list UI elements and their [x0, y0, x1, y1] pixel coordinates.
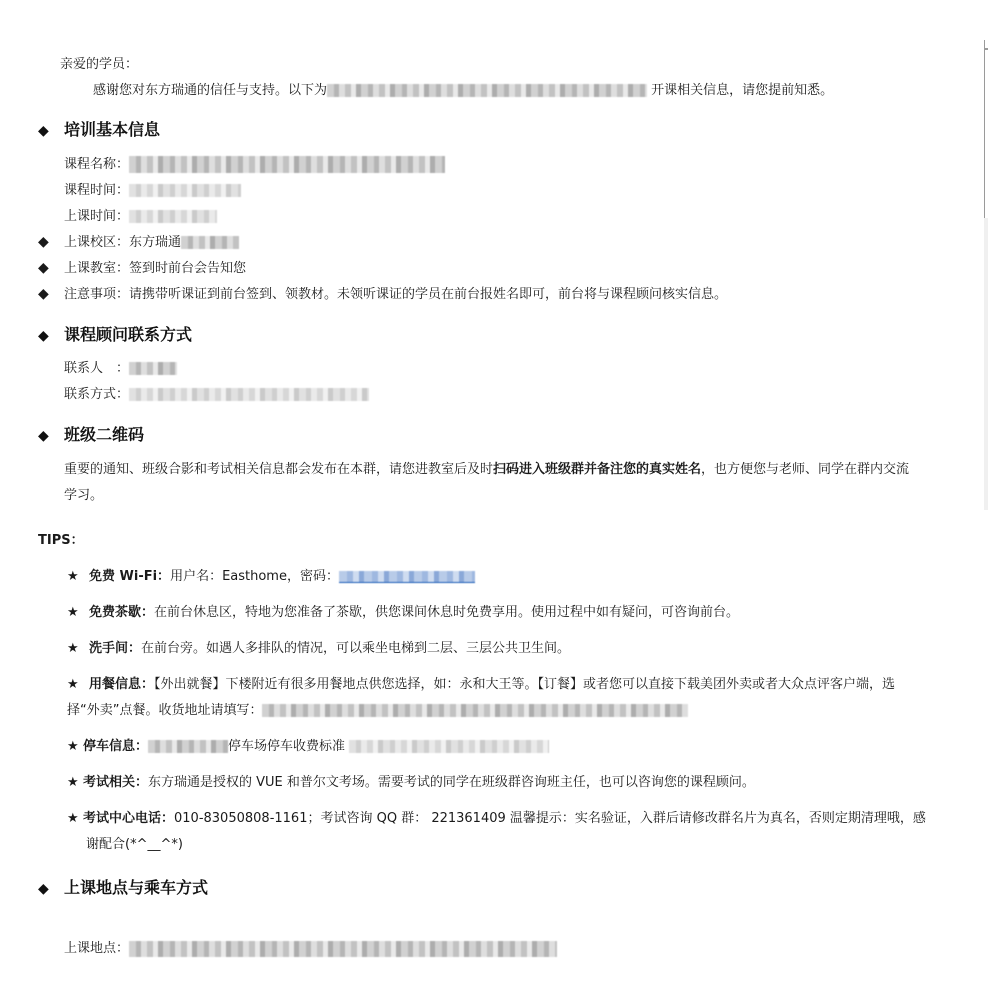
redacted-class-time-value — [129, 210, 217, 223]
course-time-label: 课程时间： — [64, 183, 129, 198]
class-time-label: 上课时间： — [64, 209, 129, 224]
tip-dining-wrap: 择“外卖”点餐。收货地址请填写： — [67, 699, 688, 718]
tip-text: 在前台休息区，特地为您准备了茶歇，供您课间休息时免费享用。使用过程中如有疑问，可… — [154, 605, 739, 620]
intro-prefix: 感谢您对东方瑞通的信任与支持。以下为 — [93, 83, 327, 98]
contact-method-row: 联系方式： — [64, 383, 369, 402]
intro-paragraph: 感谢您对东方瑞通的信任与支持。以下为 开课相关信息，请您提前知悉。 — [93, 79, 833, 98]
scrollbar-tick — [984, 48, 988, 50]
qr-text-tail: ，也方便您与老师、同学在群内交流 — [701, 462, 909, 477]
section-heading-basic-info: ◆培训基本信息 — [38, 117, 160, 140]
tip-exam: ★考试相关：东方瑞通是授权的 VUE 和普尔文考场。需要考试的同学在班级群咨询班… — [67, 771, 755, 790]
tip-label: 停车信息： — [83, 739, 148, 754]
redacted-delivery-address — [262, 704, 688, 717]
qr-text: 重要的通知、班级合影和考试相关信息都会发布在本群，请您进教室后及时 — [64, 462, 493, 477]
section-heading-qr: ◆班级二维码 — [38, 422, 144, 445]
redacted-contact-method — [129, 388, 369, 401]
tip-text: 择“外卖”点餐。收货地址请填写： — [67, 703, 262, 718]
address-label: 上课地点： — [64, 941, 129, 956]
tip-wifi: ★免费 Wi-Fi：用户名：Easthome，密码： — [67, 565, 475, 584]
section-title: 班级二维码 — [64, 425, 144, 444]
star-bullet-icon: ★ — [67, 605, 89, 620]
qr-paragraph-line1: 重要的通知、班级合影和考试相关信息都会发布在本群，请您进教室后及时扫码进入班级群… — [64, 458, 909, 477]
notes-value: 请携带听课证到前台签到、领教材。未领听课证的学员在前台报姓名即可，前台将与课程顾… — [129, 287, 727, 302]
redacted-parking-name — [148, 740, 228, 753]
tip-text: 东方瑞通是授权的 VUE 和普尔文考场。需要考试的同学在班级群咨询班主任，也可以… — [148, 775, 755, 790]
section-heading-location: ◆上课地点与乘车方式 — [38, 875, 208, 898]
redacted-address — [129, 941, 557, 957]
redacted-parking-fee — [349, 740, 549, 753]
star-bullet-icon: ★ — [67, 677, 89, 692]
contact-method-label: 联系方式： — [64, 387, 129, 402]
redacted-course-time-value — [129, 184, 241, 197]
diamond-bullet-icon: ◆ — [38, 286, 64, 302]
wifi-password-link[interactable] — [339, 571, 475, 583]
star-bullet-icon: ★ — [67, 739, 83, 754]
classroom-value: 签到时前台会告知您 — [129, 261, 246, 276]
tip-text: 【外出就餐】下楼附近有很多用餐地点供您选择，如：永和大王等。【订餐】或者您可以直… — [154, 677, 895, 692]
tip-parking: ★停车信息：停车场停车收费标准 — [67, 735, 549, 754]
tip-text: 010-83050808-1161；考试咨询 QQ 群： 221361409 温… — [174, 811, 926, 826]
tip-label: 洗手间： — [89, 641, 141, 656]
diamond-bullet-icon: ◆ — [38, 123, 64, 139]
tip-exam-center-wrap: 谢配合(*^__^*) — [86, 833, 183, 852]
star-bullet-icon: ★ — [67, 569, 89, 584]
class-time-row: 上课时间： — [64, 205, 217, 224]
tip-label: 考试中心电话： — [83, 811, 174, 826]
redacted-contact-name — [129, 362, 177, 375]
tip-restroom: ★洗手间：在前台旁。如遇人多排队的情况，可以乘坐电梯到二层、三层公共卫生间。 — [67, 637, 570, 656]
diamond-bullet-icon: ◆ — [38, 328, 64, 344]
scrollbar-track[interactable] — [984, 218, 988, 510]
section-title: 课程顾问联系方式 — [64, 325, 192, 344]
tip-exam-center: ★考试中心电话：010-83050808-1161；考试咨询 QQ 群： 221… — [67, 807, 926, 826]
tip-label: 考试相关： — [83, 775, 148, 790]
notes-label: 注意事项： — [64, 287, 129, 302]
diamond-bullet-icon: ◆ — [38, 234, 64, 250]
course-time-row: 课程时间： — [64, 179, 241, 198]
tip-text: 停车场停车收费标准 — [228, 739, 345, 754]
classroom-row: ◆上课教室：签到时前台会告知您 — [38, 257, 246, 276]
diamond-bullet-icon: ◆ — [38, 428, 64, 444]
greeting: 亲爱的学员： — [60, 53, 138, 72]
course-name-label: 课程名称： — [64, 157, 129, 172]
star-bullet-icon: ★ — [67, 811, 83, 826]
section-title: 上课地点与乘车方式 — [64, 878, 208, 897]
tip-tea-break: ★免费茶歇：在前台休息区，特地为您准备了茶歇，供您课间休息时免费享用。使用过程中… — [67, 601, 739, 620]
qr-text-emphasis: 扫码进入班级群并备注您的真实姓名 — [493, 462, 701, 477]
course-name-row: 课程名称： — [64, 153, 445, 173]
tip-dining: ★用餐信息：【外出就餐】下楼附近有很多用餐地点供您选择，如：永和大王等。【订餐】… — [67, 673, 895, 692]
classroom-label: 上课教室： — [64, 261, 129, 276]
section-title: 培训基本信息 — [64, 120, 160, 139]
campus-row: ◆上课校区：东方瑞通 — [38, 231, 239, 250]
address-row: 上课地点： — [64, 937, 557, 957]
tip-label: 用餐信息： — [89, 677, 154, 692]
redacted-course-name-value — [129, 156, 445, 173]
tip-label: 免费茶歇： — [89, 605, 154, 620]
contact-person-row: 联系人 ： — [64, 357, 177, 376]
section-heading-advisor: ◆课程顾问联系方式 — [38, 322, 192, 345]
diamond-bullet-icon: ◆ — [38, 881, 64, 897]
contact-person-label: 联系人 ： — [64, 361, 129, 376]
star-bullet-icon: ★ — [67, 641, 89, 656]
tip-text: 用户名：Easthome，密码： — [170, 569, 339, 584]
tip-label: 免费 Wi-Fi： — [89, 569, 170, 584]
intro-suffix: 开课相关信息，请您提前知悉。 — [651, 83, 833, 98]
campus-value: 东方瑞通 — [129, 235, 181, 250]
star-bullet-icon: ★ — [67, 775, 83, 790]
notes-row: ◆注意事项：请携带听课证到前台签到、领教材。未领听课证的学员在前台报姓名即可，前… — [38, 283, 727, 302]
tips-title: TIPS： — [38, 529, 84, 548]
redacted-campus-name — [181, 236, 239, 249]
redacted-course-name — [327, 84, 647, 97]
tip-text: 在前台旁。如遇人多排队的情况，可以乘坐电梯到二层、三层公共卫生间。 — [141, 641, 570, 656]
campus-label: 上课校区： — [64, 235, 129, 250]
scrollbar-line — [984, 40, 985, 218]
qr-paragraph-line2: 学习。 — [64, 484, 103, 503]
diamond-bullet-icon: ◆ — [38, 260, 64, 276]
